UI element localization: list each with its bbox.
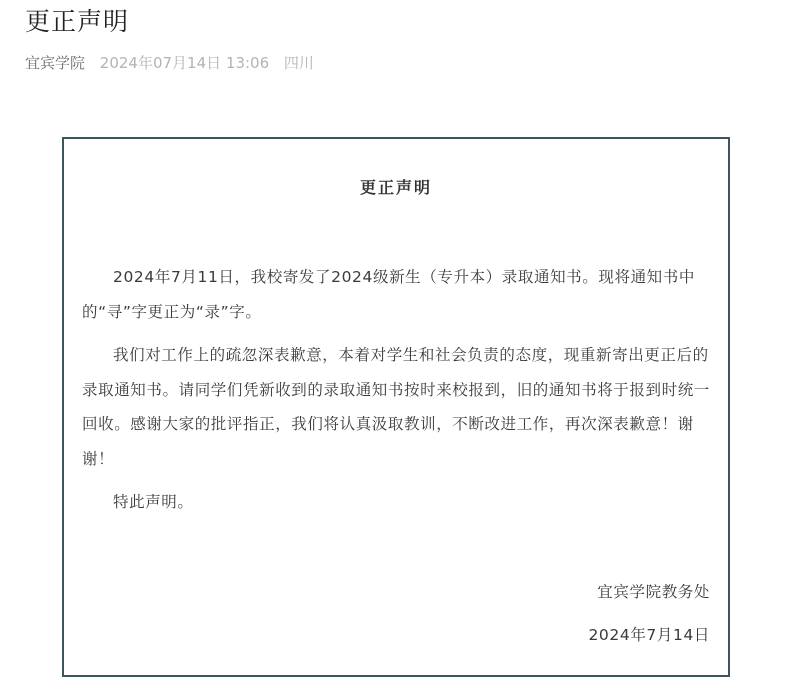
article-title: 更正声明: [25, 5, 129, 39]
notice-body: 2024年7月11日，我校寄发了2024级新生（专升本）录取通知书。现将通知书中…: [82, 260, 712, 529]
article-meta: 宜宾学院 2024年07月14日 13:06 四川: [25, 51, 314, 75]
notice-paragraph-2: 我们对工作上的疏忽深表歉意，本着对学生和社会负责的态度，现重新寄出更正后的录取通…: [82, 338, 712, 476]
notice-image-frame: 更正声明 2024年7月11日，我校寄发了2024级新生（专升本）录取通知书。现…: [62, 137, 730, 649]
publish-datetime: 2024年07月14日 13:06: [100, 54, 269, 72]
signature-date: 2024年7月14日: [588, 623, 710, 645]
notice-paragraph-3: 特此声明。: [82, 485, 712, 520]
publish-location: 四川: [284, 54, 314, 72]
notice-title: 更正声明: [64, 175, 728, 198]
source-name[interactable]: 宜宾学院: [25, 54, 85, 72]
notice-paragraph-1: 2024年7月11日，我校寄发了2024级新生（专升本）录取通知书。现将通知书中…: [82, 260, 712, 329]
signature-org: 宜宾学院教务处: [597, 580, 710, 602]
